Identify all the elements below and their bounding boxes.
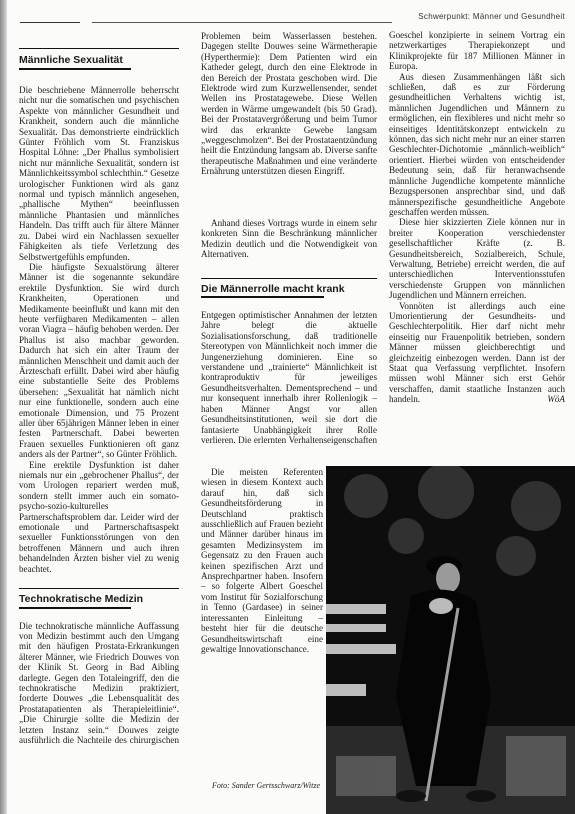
paragraph: Diese hier skizzierten Ziele können nur … [389,217,565,300]
photo-image [326,466,575,814]
paragraph: Vonnöten ist allerdings auch eine Umorie… [389,301,565,405]
paragraph: Die meisten Referenten wiesen in diesem … [201,467,323,654]
paragraph: Die technokratische männliche Auffassung… [19,621,179,745]
paragraph: Die häufigste Sexualstörung älterer Männ… [19,262,179,460]
section-heading-technokratische-medizin: Technokratische Medizin [19,588,179,608]
column-middle: Die technokratische männliche Auffassung… [201,30,377,445]
photo-credit: Foto: Sander Gertsschwarz/Witze [207,781,325,790]
paragraph-text: Vonnöten ist allerdings auch eine Umorie… [389,301,565,405]
section-heading-maennerrolle-macht-krank: Die Männerrolle macht krank [201,278,377,298]
paragraph: Die beschriebene Männerrolle beherrscht … [19,85,179,262]
photo-elderly-man [326,466,575,814]
running-head: Schwerpunkt: Männer und Gesundheit [20,14,565,24]
paragraph: Entgegen optimistischer Annahmen der let… [201,310,377,445]
section-heading-maennliche-sexualitaet: Männliche Sexualität [19,48,179,70]
page-edge-bar [0,0,7,814]
paragraph: Die technokratische männliche Auffassung… [201,30,377,218]
paragraph-continued: Die technokratische männliche Auffassung… [201,30,377,177]
paragraph: Eine erektile Dysfunktion ist daher niem… [19,460,179,574]
paragraph: Goeschel konzipierte in seinem Vortrag e… [389,30,565,72]
header-rule [92,22,392,23]
header-rule [20,22,80,23]
column-middle-narrow: Die meisten Referenten wiesen in diesem … [201,467,323,654]
author-signature: WöA [537,394,565,404]
column-right: Goeschel konzipierte in seinem Vortrag e… [389,30,565,405]
column-left: Die beschriebene Männerrolle beherrscht … [19,85,179,745]
paragraph: Aus diesen Zusammenhängen läßt sich schl… [389,72,565,218]
paragraph: Anhand dieses Vortrags wurde in einem se… [201,218,377,260]
running-head-title: Schwerpunkt: Männer und Gesundheit [418,12,565,21]
